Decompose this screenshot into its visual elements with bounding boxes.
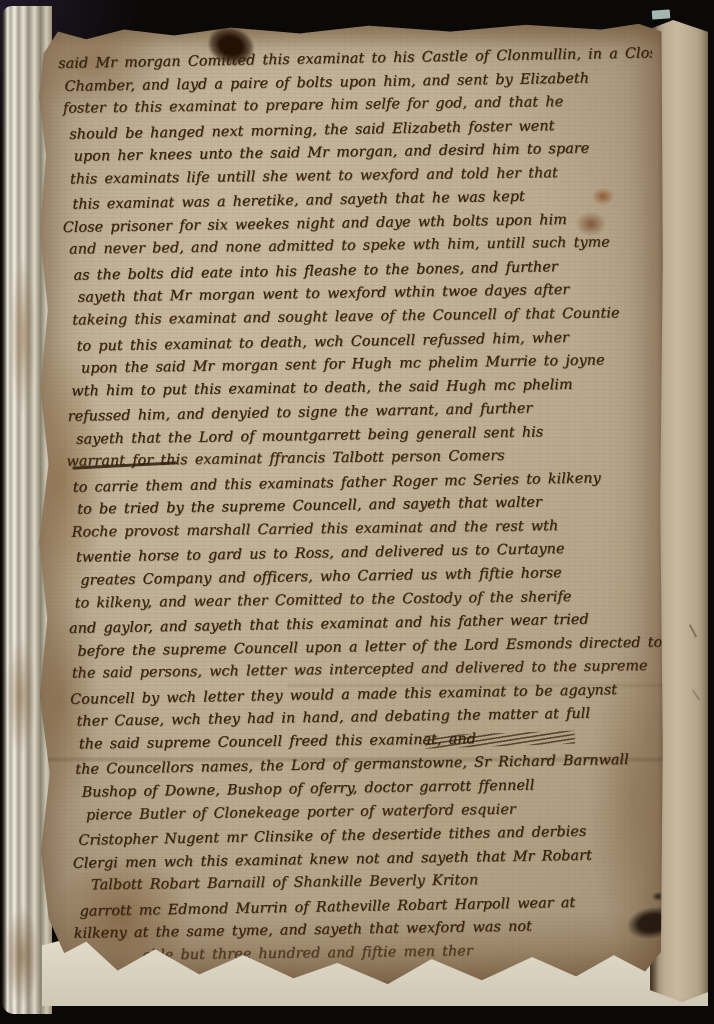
handwriting-block: said Mr morgan Comitted this examinat to… [58,43,667,982]
edge-stain [6,636,36,756]
edge-stain [4,906,40,1006]
pen-mark [689,624,697,637]
manuscript-page: said Mr morgan Comitted this examinat to… [36,20,664,986]
manuscript-photo: said Mr morgan Comitted this examinat to… [0,0,714,1024]
edge-stain [10,256,36,416]
binder-tab [652,9,671,19]
pen-mark [692,690,701,701]
